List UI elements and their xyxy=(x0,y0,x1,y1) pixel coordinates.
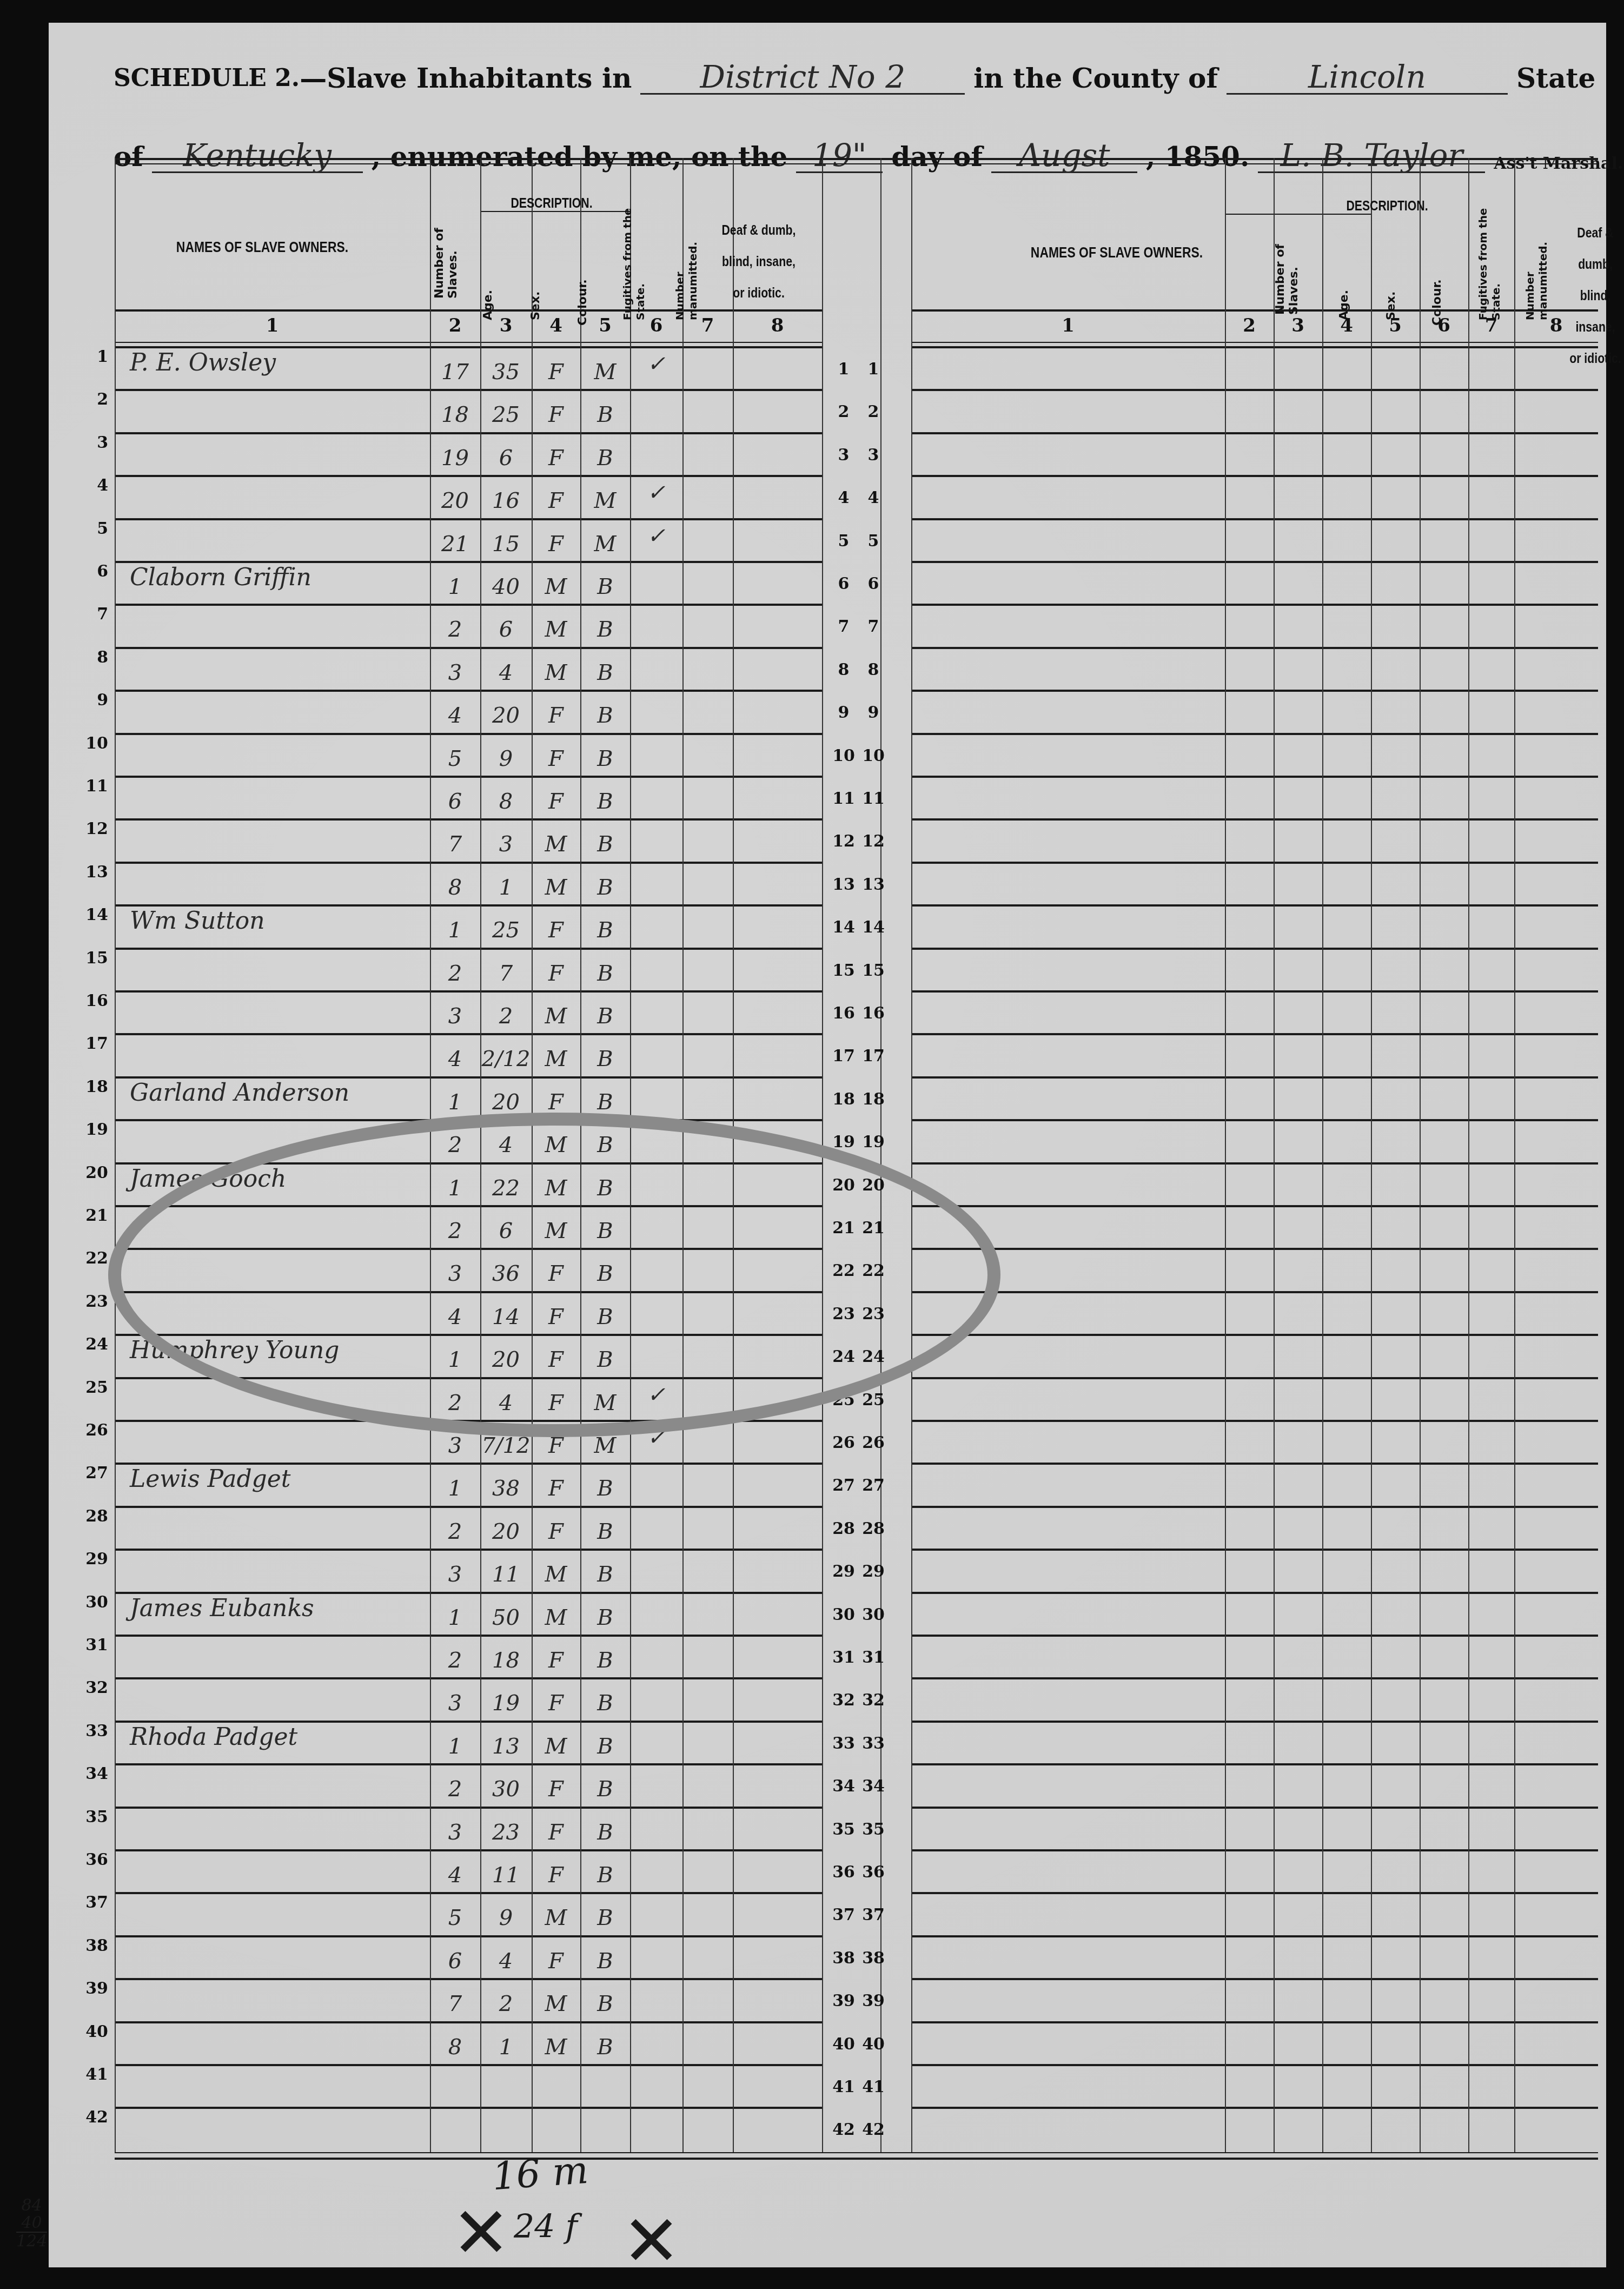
right-header-num-slaves: Number of Slaves. xyxy=(1274,207,1301,315)
line-number-mid-b: 28 xyxy=(854,1519,892,1538)
line-number-mid-b: 32 xyxy=(854,1691,892,1710)
rule-line xyxy=(115,776,822,778)
slave-sex: M xyxy=(532,1004,580,1029)
slave-sex: M xyxy=(532,1906,580,1930)
rule-line xyxy=(911,1978,1598,1980)
line-number-left: 32 xyxy=(76,1678,108,1697)
line-number-left: 31 xyxy=(76,1636,108,1655)
slave-number: 5 xyxy=(430,1906,480,1930)
slave-colour: B xyxy=(580,789,630,814)
left-column-number: 5 xyxy=(589,315,621,336)
left-column-number: 4 xyxy=(540,315,572,336)
slave-colour: B xyxy=(580,1219,630,1243)
rule-line xyxy=(115,2064,822,2066)
line-number-mid-b: 7 xyxy=(854,617,892,636)
line-number-left: 18 xyxy=(76,1077,108,1096)
line-number-left: 35 xyxy=(76,1808,108,1827)
slave-number: 21 xyxy=(430,532,480,557)
slave-owner-name: Claborn Griffin xyxy=(130,564,311,591)
left-header-fugitives: Fugitives from the State. xyxy=(621,201,648,320)
slave-sex: F xyxy=(532,1648,580,1673)
right-column-number: 3 xyxy=(1282,315,1314,336)
rule-line xyxy=(115,1807,822,1809)
fugitive-mark: ✓ xyxy=(630,480,682,505)
slave-age: 4 xyxy=(480,1133,532,1157)
slave-colour: B xyxy=(580,1949,630,1974)
slave-number: 3 xyxy=(430,1004,480,1029)
slave-number: 3 xyxy=(430,1562,480,1587)
rule-line xyxy=(115,2152,1598,2153)
slave-sex: M xyxy=(532,832,580,857)
slave-sex: M xyxy=(532,1605,580,1630)
slave-sex: F xyxy=(532,402,580,427)
line-number-mid-b: 18 xyxy=(854,1090,892,1109)
rule-line xyxy=(911,1635,1598,1637)
slave-number: 2 xyxy=(430,1777,480,1802)
rule-line xyxy=(911,342,1598,343)
slave-colour: B xyxy=(580,746,630,771)
slave-sex: F xyxy=(532,488,580,513)
slave-colour: B xyxy=(580,1734,630,1759)
tally-females: 24 f xyxy=(514,2208,578,2246)
rule-line xyxy=(115,1677,822,1679)
left-header-age: Age. xyxy=(481,288,495,320)
rule-line xyxy=(911,1849,1598,1851)
line-number-mid-b: 31 xyxy=(854,1648,892,1667)
slave-number: 2 xyxy=(430,1519,480,1544)
column-line xyxy=(682,158,684,2152)
rule-line xyxy=(911,904,1598,907)
line-number-mid-b: 22 xyxy=(854,1261,892,1280)
left-header-num-slaves: Number of Slaves. xyxy=(433,201,460,299)
slave-number: 7 xyxy=(430,1992,480,2016)
rule-line xyxy=(115,1849,822,1851)
rule-line xyxy=(115,309,822,312)
line-number-left: 26 xyxy=(76,1421,108,1440)
slave-age: 23 xyxy=(480,1820,532,1845)
left-header-deaf: Deaf & dumb, blind, insane, or idiotic. xyxy=(720,215,798,309)
line-number-mid-b: 21 xyxy=(854,1219,892,1238)
rule-line xyxy=(115,1978,822,1980)
slave-age: 35 xyxy=(480,360,532,385)
line-number-left: 7 xyxy=(76,605,108,624)
slave-colour: B xyxy=(580,1992,630,2016)
line-number-mid-b: 40 xyxy=(854,2035,892,2054)
fugitive-mark: ✓ xyxy=(630,1382,682,1407)
slave-age: 30 xyxy=(480,1777,532,1802)
line-number-mid-b: 8 xyxy=(854,660,892,679)
rule-line xyxy=(115,432,822,434)
line-number-left: 6 xyxy=(76,562,108,581)
right-header-colour: Colour. xyxy=(1430,272,1444,326)
line-number-left: 13 xyxy=(76,863,108,882)
slave-sex: F xyxy=(532,360,580,385)
line-number-mid-b: 5 xyxy=(854,532,892,551)
line-number-left: 33 xyxy=(76,1722,108,1741)
right-header-deaf: Deaf & dumb, blind, insane, or idiotic. xyxy=(1563,217,1624,374)
line-number-mid-b: 34 xyxy=(854,1777,892,1796)
slave-sex: F xyxy=(532,1305,580,1329)
rule-line xyxy=(115,1076,822,1079)
rule-line xyxy=(115,1162,822,1165)
rule-line xyxy=(911,690,1598,692)
slave-number: 2 xyxy=(430,1133,480,1157)
rule-line xyxy=(911,1205,1598,1207)
rule-line xyxy=(115,818,822,821)
slave-age: 15 xyxy=(480,532,532,557)
line-number-mid-b: 35 xyxy=(854,1820,892,1839)
slave-sex: M xyxy=(532,1176,580,1201)
slave-number: 2 xyxy=(430,1648,480,1673)
slave-number: 7 xyxy=(430,832,480,857)
rule-line xyxy=(115,1506,822,1508)
slave-age: 50 xyxy=(480,1605,532,1630)
slave-sex: F xyxy=(532,1433,580,1458)
slave-number: 6 xyxy=(430,789,480,814)
column-line xyxy=(911,158,912,2152)
slave-sex: F xyxy=(532,918,580,943)
rule-line xyxy=(115,518,822,520)
slave-number: 1 xyxy=(430,918,480,943)
column-line xyxy=(1420,158,1421,2152)
rule-line xyxy=(911,1807,1598,1809)
slave-sex: M xyxy=(532,660,580,685)
slave-colour: B xyxy=(580,1004,630,1029)
rule-line xyxy=(115,389,822,391)
line-number-left: 42 xyxy=(76,2108,108,2127)
rule-line xyxy=(911,1763,1598,1765)
line-number-left: 40 xyxy=(76,2022,108,2041)
slave-owner-name: James Gooch xyxy=(130,1165,286,1193)
line-number-left: 16 xyxy=(76,991,108,1010)
rule-line xyxy=(911,647,1598,649)
rule-line xyxy=(115,1892,822,1894)
column-line xyxy=(1274,158,1275,2152)
slave-age: 2 xyxy=(480,1992,532,2016)
slave-sex: F xyxy=(532,1476,580,1501)
left-header-sex: Sex. xyxy=(529,288,542,320)
tally-males: 16 m xyxy=(490,2148,589,2199)
rule-line xyxy=(115,690,822,692)
left-header-names: NAMES OF SLAVE OWNERS. xyxy=(136,239,389,256)
line-number-mid-b: 39 xyxy=(854,1992,892,2010)
rule-line xyxy=(115,2158,1598,2160)
line-number-left: 11 xyxy=(76,777,108,796)
slave-number: 2 xyxy=(430,617,480,642)
rule-line xyxy=(911,818,1598,821)
line-number-left: 15 xyxy=(76,949,108,968)
slave-age: 2/12 xyxy=(480,1047,532,1071)
slave-sex: F xyxy=(532,1519,580,1544)
line-number-left: 25 xyxy=(76,1378,108,1397)
rule-line xyxy=(911,1463,1598,1465)
rule-line xyxy=(911,1119,1598,1121)
slave-sex: M xyxy=(532,875,580,900)
left-header-colour: Colour. xyxy=(576,272,589,326)
line-number-mid-b: 16 xyxy=(854,1004,892,1023)
line-number-mid-b: 42 xyxy=(854,2120,892,2139)
rule-line xyxy=(115,342,822,343)
line-number-mid-b: 11 xyxy=(854,789,892,808)
rule-line xyxy=(911,518,1598,520)
slave-age: 3 xyxy=(480,832,532,857)
slave-age: 9 xyxy=(480,1906,532,1930)
rule-line xyxy=(911,776,1598,778)
line-number-mid-b: 25 xyxy=(854,1391,892,1410)
slave-colour: M xyxy=(580,488,630,513)
column-line xyxy=(630,158,631,2152)
rule-line xyxy=(115,2021,822,2023)
rule-line xyxy=(115,904,822,907)
slave-colour: B xyxy=(580,1261,630,1286)
rule-line xyxy=(115,1463,822,1465)
rule-line xyxy=(115,1592,822,1594)
slave-sex: F xyxy=(532,961,580,986)
slave-owner-name: P. E. Owsley xyxy=(130,349,276,376)
line-number-mid-b: 24 xyxy=(854,1347,892,1366)
rule-line xyxy=(115,1635,822,1637)
slave-number: 4 xyxy=(430,1305,480,1329)
line-number-left: 39 xyxy=(76,1979,108,1998)
slave-colour: B xyxy=(580,574,630,599)
rule-line xyxy=(911,1506,1598,1508)
slave-colour: B xyxy=(580,1906,630,1930)
slave-age: 6 xyxy=(480,617,532,642)
slave-colour: M xyxy=(580,1391,630,1415)
slave-number: 1 xyxy=(430,1090,480,1115)
slave-age: 11 xyxy=(480,1562,532,1587)
line-number-left: 41 xyxy=(76,2065,108,2084)
slave-number: 3 xyxy=(430,660,480,685)
slave-number: 1 xyxy=(430,1476,480,1501)
line-number-mid-b: 15 xyxy=(854,961,892,980)
rule-line xyxy=(115,1119,822,1121)
slave-owner-name: Humphrey Young xyxy=(130,1337,339,1364)
slave-number: 3 xyxy=(430,1691,480,1716)
rule-line xyxy=(911,2021,1598,2023)
line-number-mid-b: 12 xyxy=(854,832,892,851)
slave-owner-name: James Eubanks xyxy=(130,1595,314,1622)
left-column-number: 2 xyxy=(439,315,472,336)
line-number-mid-b: 30 xyxy=(854,1605,892,1624)
slave-sex: F xyxy=(532,703,580,728)
slave-number: 3 xyxy=(430,1820,480,1845)
rule-line xyxy=(115,1377,822,1379)
slave-colour: B xyxy=(580,2035,630,2060)
slave-sex: M xyxy=(532,2035,580,2060)
rule-line xyxy=(115,604,822,606)
slave-number: 19 xyxy=(430,446,480,471)
slave-colour: B xyxy=(580,1648,630,1673)
left-column-number: 8 xyxy=(761,315,794,336)
slave-sex: M xyxy=(532,1992,580,2016)
rule-line xyxy=(115,948,822,950)
line-number-mid-b: 19 xyxy=(854,1133,892,1152)
slave-colour: B xyxy=(580,1691,630,1716)
line-number-left: 5 xyxy=(76,519,108,538)
slave-colour: B xyxy=(580,1047,630,1071)
slave-age: 16 xyxy=(480,488,532,513)
line-number-left: 21 xyxy=(76,1206,108,1225)
rule-line xyxy=(911,2107,1598,2109)
cross-mark-left: ✕ xyxy=(452,2192,511,2274)
rule-line xyxy=(115,862,822,864)
rule-line xyxy=(911,1935,1598,1937)
rule-line xyxy=(911,862,1598,864)
slave-number: 20 xyxy=(430,488,480,513)
slave-age: 20 xyxy=(480,1347,532,1372)
slave-age: 25 xyxy=(480,918,532,943)
slave-colour: B xyxy=(580,1863,630,1888)
slave-number: 17 xyxy=(430,360,480,385)
slave-number: 18 xyxy=(430,402,480,427)
rule-line xyxy=(115,1033,822,1035)
column-line xyxy=(1322,158,1323,2152)
line-number-mid-b: 41 xyxy=(854,2078,892,2096)
slave-age: 4 xyxy=(480,660,532,685)
slave-age: 38 xyxy=(480,1476,532,1501)
slave-colour: B xyxy=(580,1605,630,1630)
slave-age: 36 xyxy=(480,1261,532,1286)
rule-line xyxy=(911,1162,1598,1165)
slave-number: 1 xyxy=(430,1605,480,1630)
rule-line xyxy=(911,561,1598,563)
fugitive-mark: ✓ xyxy=(630,352,682,376)
slave-age: 22 xyxy=(480,1176,532,1201)
rule-line xyxy=(911,1248,1598,1250)
rule-line xyxy=(911,1892,1598,1894)
slave-sex: M xyxy=(532,574,580,599)
slave-colour: B xyxy=(580,1305,630,1329)
slave-sex: F xyxy=(532,1863,580,1888)
rule-line xyxy=(115,1549,822,1551)
slave-colour: B xyxy=(580,1133,630,1157)
line-number-left: 3 xyxy=(76,433,108,452)
line-number-left: 10 xyxy=(76,734,108,753)
slave-age: 11 xyxy=(480,1863,532,1888)
rule-line xyxy=(911,1291,1598,1293)
line-number-left: 34 xyxy=(76,1764,108,1783)
column-line xyxy=(115,158,116,2152)
line-number-mid-b: 14 xyxy=(854,918,892,937)
slave-age: 4 xyxy=(480,1949,532,1974)
slave-colour: B xyxy=(580,703,630,728)
column-line xyxy=(1225,158,1226,2152)
slave-colour: B xyxy=(580,1476,630,1501)
slave-number: 4 xyxy=(430,1863,480,1888)
rule-line xyxy=(115,733,822,735)
rule-line xyxy=(911,346,1598,348)
rule-line xyxy=(911,1549,1598,1551)
line-number-left: 24 xyxy=(76,1335,108,1354)
slave-age: 1 xyxy=(480,875,532,900)
rule-line xyxy=(911,948,1598,950)
line-number-left: 37 xyxy=(76,1893,108,1912)
line-number-left: 8 xyxy=(76,648,108,667)
rule-line xyxy=(911,389,1598,391)
slave-owner-name: Lewis Padget xyxy=(130,1465,290,1493)
line-number-left: 12 xyxy=(76,819,108,838)
census-page: SCHEDULE 2. —Slave Inhabitants in Distri… xyxy=(49,23,1606,2267)
margin-sum: 84 40 124 xyxy=(16,2197,47,2250)
slave-number: 8 xyxy=(430,2035,480,2060)
slave-sex: M xyxy=(532,1219,580,1243)
line-number-mid-b: 2 xyxy=(854,402,892,421)
column-line xyxy=(733,158,734,2152)
rule-line xyxy=(115,158,1598,160)
slave-number: 4 xyxy=(430,1047,480,1071)
rule-line xyxy=(115,346,822,348)
slave-colour: M xyxy=(580,1433,630,1458)
rule-line xyxy=(115,1248,822,1250)
line-number-left: 2 xyxy=(76,390,108,409)
slave-colour: B xyxy=(580,1176,630,1201)
rule-line xyxy=(911,604,1598,606)
slave-sex: F xyxy=(532,746,580,771)
line-number-mid-b: 13 xyxy=(854,875,892,894)
slave-sex: F xyxy=(532,532,580,557)
slave-sex: F xyxy=(532,1777,580,1802)
slave-owner-name: Wm Sutton xyxy=(130,907,265,935)
slave-owner-name: Rhoda Padget xyxy=(130,1723,297,1751)
slave-colour: B xyxy=(580,1347,630,1372)
slave-age: 14 xyxy=(480,1305,532,1329)
slave-age: 20 xyxy=(480,703,532,728)
slave-age: 40 xyxy=(480,574,532,599)
line-number-left: 27 xyxy=(76,1464,108,1483)
slave-age: 18 xyxy=(480,1648,532,1673)
right-header-description: DESCRIPTION. xyxy=(1325,199,1449,214)
line-number-mid-b: 33 xyxy=(854,1734,892,1753)
slave-age: 7 xyxy=(480,961,532,986)
slave-age: 20 xyxy=(480,1519,532,1544)
rule-line xyxy=(115,647,822,649)
slave-age: 7/12 xyxy=(480,1433,532,1458)
slave-sex: F xyxy=(532,1949,580,1974)
right-header-manumitted: Number manumitted. xyxy=(1523,190,1549,320)
slave-colour: B xyxy=(580,446,630,471)
slave-number: 2 xyxy=(430,961,480,986)
fugitive-mark: ✓ xyxy=(630,524,682,548)
slave-number: 3 xyxy=(430,1433,480,1458)
slave-number: 6 xyxy=(430,1949,480,1974)
slave-sex: F xyxy=(532,1347,580,1372)
slave-number: 5 xyxy=(430,746,480,771)
line-number-mid-b: 29 xyxy=(854,1562,892,1581)
rule-line xyxy=(911,733,1598,735)
line-number-left: 23 xyxy=(76,1292,108,1311)
rule-line xyxy=(115,561,822,563)
slave-number: 2 xyxy=(430,1219,480,1243)
rule-line xyxy=(115,1763,822,1765)
slave-age: 6 xyxy=(480,1219,532,1243)
line-number-mid-b: 20 xyxy=(854,1176,892,1195)
left-header-description: DESCRIPTION. xyxy=(487,196,616,211)
rule-line xyxy=(115,2107,822,2109)
line-number-left: 30 xyxy=(76,1593,108,1612)
line-number-mid-b: 6 xyxy=(854,574,892,593)
rule-line xyxy=(911,1592,1598,1594)
column-line xyxy=(1514,158,1515,2152)
line-number-mid-b: 3 xyxy=(854,446,892,465)
slave-number: 8 xyxy=(430,875,480,900)
fugitive-mark: ✓ xyxy=(630,1425,682,1450)
rule-line xyxy=(911,990,1598,993)
rule-line xyxy=(115,1935,822,1937)
slave-colour: B xyxy=(580,918,630,943)
slave-sex: M xyxy=(532,1133,580,1157)
slave-sex: F xyxy=(532,1261,580,1286)
